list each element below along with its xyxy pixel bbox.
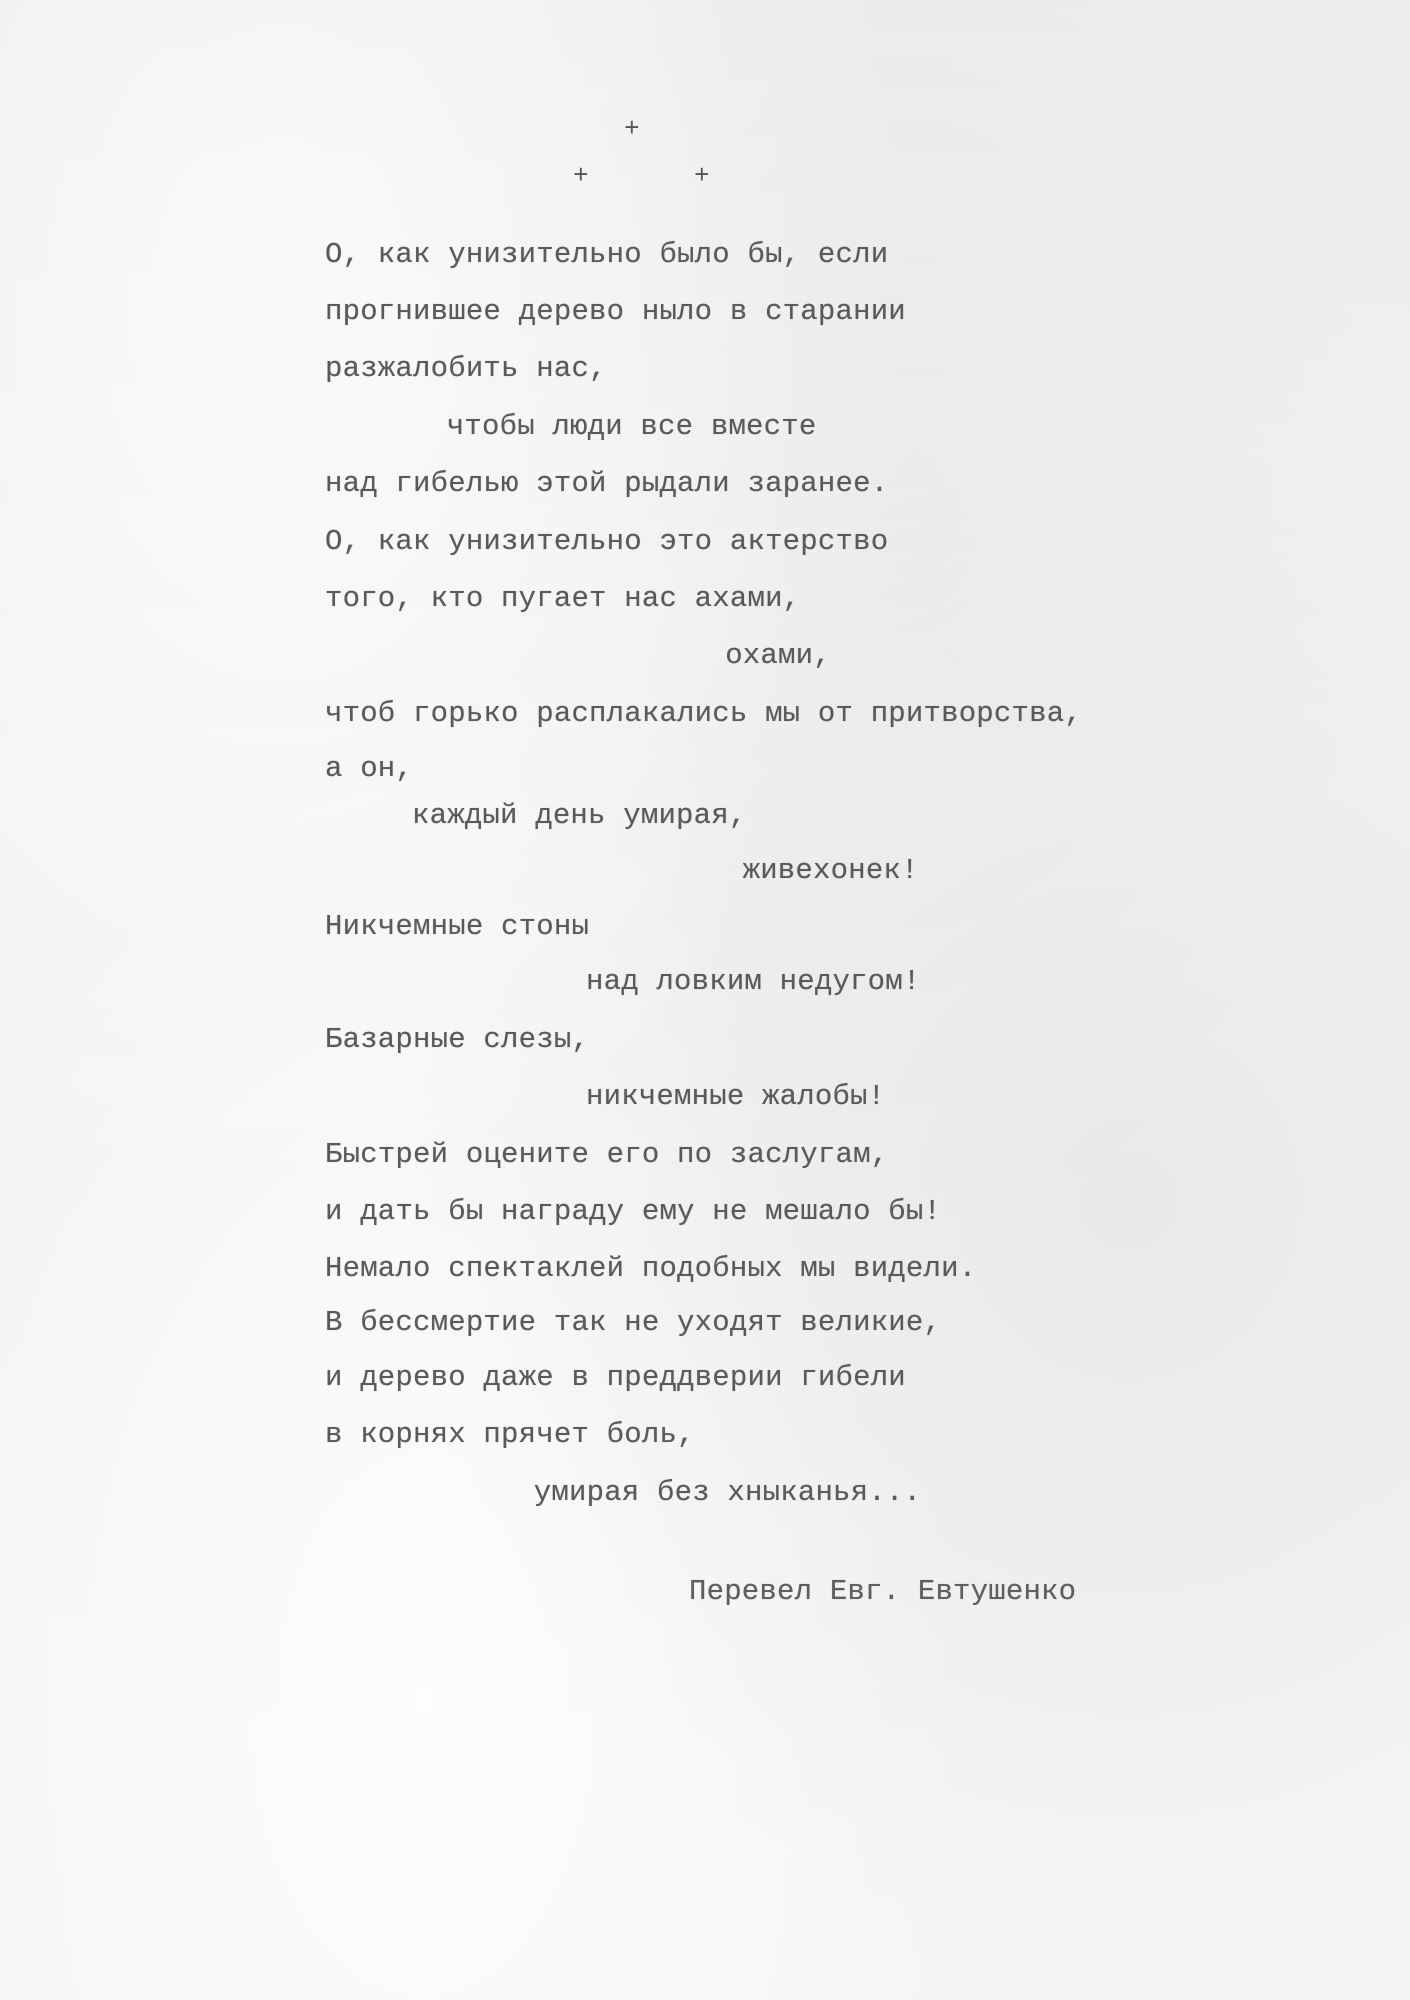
poem-line: умирая без хныканья... (534, 1478, 921, 1507)
poem-line: никчемные жалобы! (586, 1082, 885, 1111)
poem-line: а он, (325, 754, 413, 783)
ornament-star-top: + (624, 116, 640, 142)
poem-line: Быстрей оцените его по заслугам, (325, 1140, 888, 1169)
poem-line: чтоб горько расплакались мы от притворст… (325, 699, 1082, 728)
poem-line: каждый день умирая, (412, 801, 746, 830)
poem-line: Базарные слезы, (325, 1025, 589, 1054)
poem-line: и дать бы награду ему не мешало бы! (325, 1197, 941, 1226)
poem-line: прогнившее дерево ныло в старании (325, 297, 906, 326)
ornament-star-right: + (694, 163, 710, 189)
poem-line: В бессмертие так не уходят великие, (325, 1308, 941, 1337)
poem-line: О, как унизительно было бы, если (325, 240, 888, 269)
translator-signature: Перевел Евг. Евтушенко (689, 1577, 1076, 1606)
poem-line: над гибелью этой рыдали заранее. (325, 469, 888, 498)
ornament-star-left: + (573, 163, 589, 189)
poem-line: О, как унизительно это актерство (325, 527, 888, 556)
poem-line: охами, (725, 641, 831, 670)
poem-line: и дерево даже в преддверии гибели (325, 1363, 906, 1392)
poem-line: чтобы люди все вместе (447, 412, 817, 441)
poem-line: живехонек! (743, 856, 919, 885)
poem-line: того, кто пугает нас ахами, (325, 584, 800, 613)
poem-line: Немало спектаклей подобных мы видели. (325, 1254, 976, 1283)
poem-line: над ловким недугом! (586, 967, 920, 996)
poem-line: разжалобить нас, (325, 354, 607, 383)
poem-line: в корнях прячет боль, (325, 1420, 695, 1449)
poem-line: Никчемные стоны (325, 912, 589, 941)
